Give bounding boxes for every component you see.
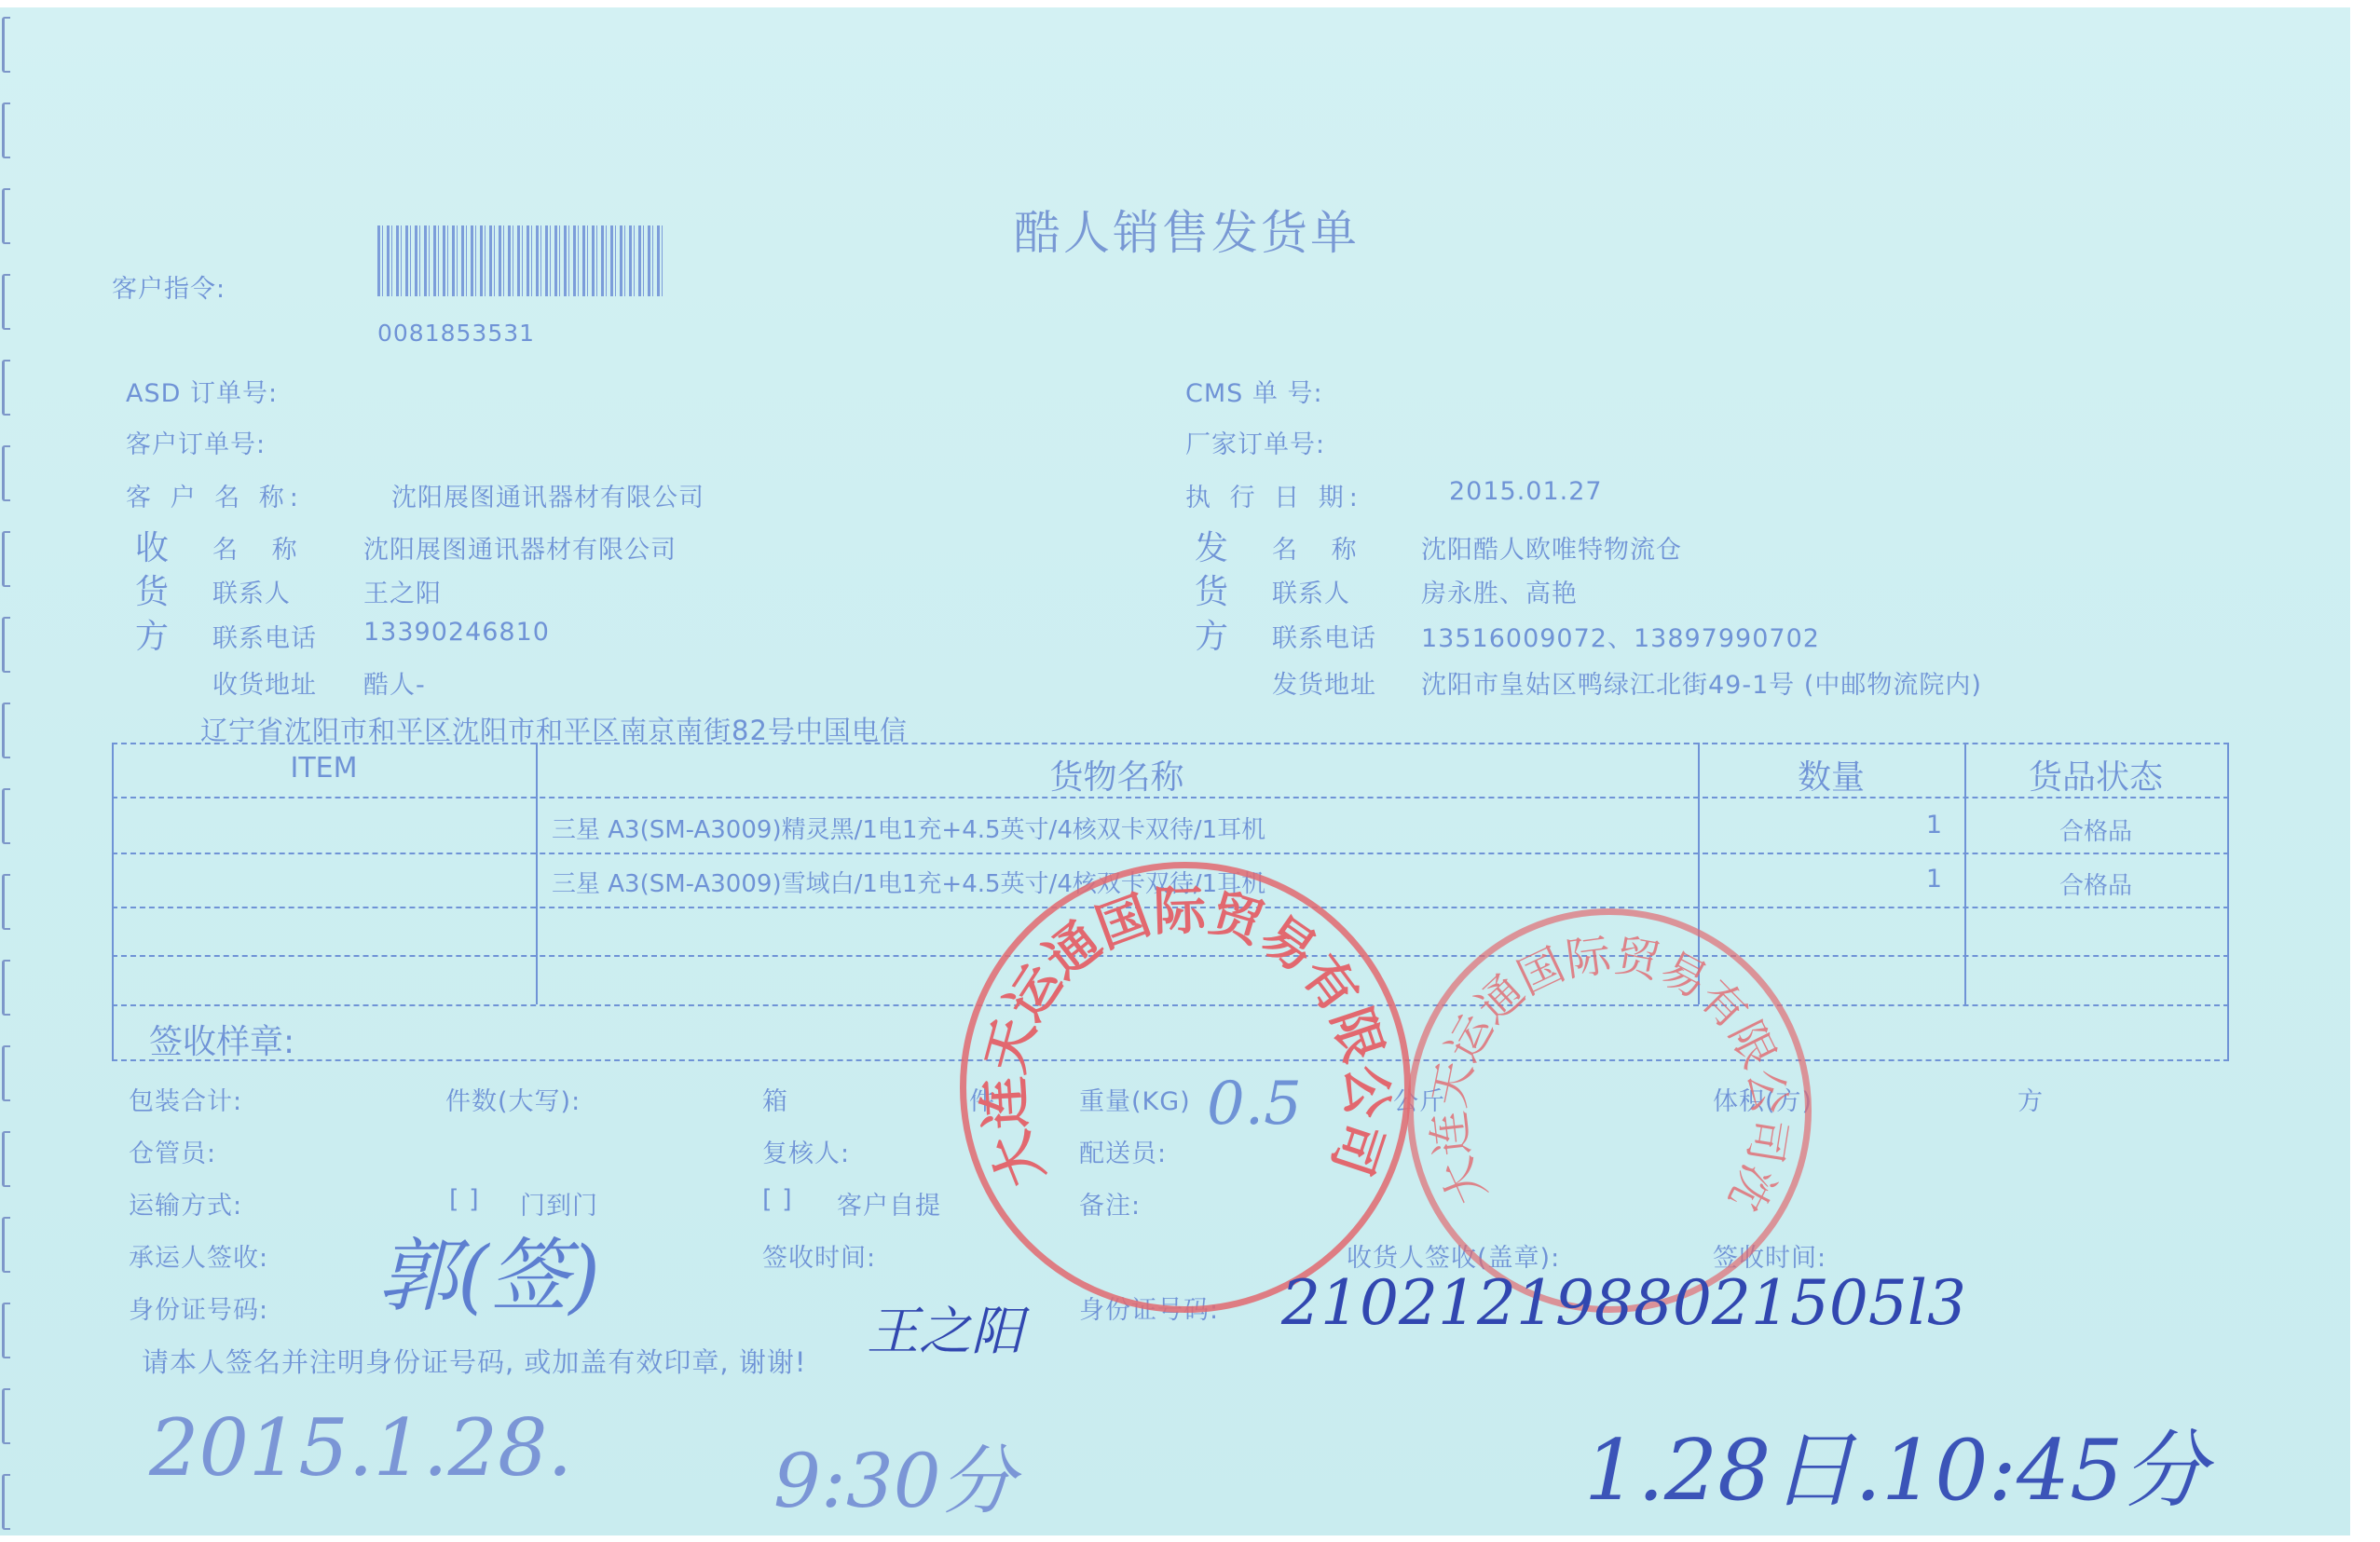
perforation-mark <box>2 1303 10 1358</box>
table-header-item: ITEM <box>112 752 536 785</box>
carrier-signature: 郭(签) <box>377 1211 600 1327</box>
pieces-label: 件数(大写): <box>445 1081 581 1117</box>
row1-status: 合格品 <box>1964 812 2227 847</box>
exec-date-value: 2015.01.27 <box>1449 477 1603 506</box>
barcode <box>377 225 664 296</box>
receiver-phone-value: 13390246810 <box>363 618 550 647</box>
perforation-mark <box>2 703 10 758</box>
perforation-mark <box>2 788 10 844</box>
box-unit: 箱 <box>762 1081 788 1117</box>
customer-name-value: 沈阳展图通讯器材有限公司 <box>391 477 704 513</box>
door-to-door-checkbox[interactable]: [ ] <box>449 1185 480 1214</box>
carrier-id-number-label: 身份证号码: <box>129 1290 268 1326</box>
warehouse-keeper-label: 仓管员: <box>129 1133 216 1169</box>
sender-side-char-2: 货 <box>1195 566 1229 613</box>
sender-phone-label: 联系电话 <box>1272 618 1376 654</box>
perforation-mark <box>2 960 10 1016</box>
row1-goods-name: 三星 A3(SM-A3009)精灵黑/1电1充+4.5英寸/4核双卡双待/1耳机 <box>552 811 1265 845</box>
sender-phone-value: 13516009072、13897990702 <box>1421 618 1820 654</box>
perforation-mark <box>2 188 10 244</box>
self-pickup-label: 客户自提 <box>837 1185 941 1221</box>
customer-order-label: 客户订单号: <box>126 424 266 460</box>
package-total-label: 包装合计: <box>129 1081 242 1117</box>
row2-quantity: 1 <box>1698 865 1942 894</box>
perforation-mark <box>2 617 10 673</box>
company-stamp-2: 大连天运通国际贸易有限公司沈阳分公司 <box>1407 908 1812 1313</box>
handwritten-weight: 0.5 <box>1207 1070 1302 1139</box>
svg-text:大连天运通国际贸易有限公司沈阳分公司: 大连天运通国际贸易有限公司沈阳分公司 <box>940 821 1396 1194</box>
sender-name-value: 沈阳酷人欧唯特物流仓 <box>1421 529 1682 566</box>
company-stamp-1: 大连天运通国际贸易有限公司沈阳分公司 <box>960 862 1411 1313</box>
perforation-mark <box>2 445 10 501</box>
receiver-side-char-1: 收 <box>135 522 170 569</box>
volume-unit: 方 <box>2018 1081 2044 1117</box>
row2-status: 合格品 <box>1964 867 2227 901</box>
transport-method-label: 运输方式: <box>129 1185 242 1221</box>
receiver-contact-value: 王之阳 <box>363 573 442 609</box>
table-row-divider <box>112 853 2229 854</box>
perforation-mark <box>2 1045 10 1101</box>
table-header-quantity: 数量 <box>1698 751 1964 798</box>
asd-order-label: ASD 订单号: <box>126 373 278 409</box>
perforation-mark <box>2 1474 10 1530</box>
customer-name-label: 客 户 名 称: <box>126 477 304 513</box>
carrier-sign-time: 9:30分 <box>773 1421 1016 1528</box>
sender-address-label: 发货地址 <box>1272 664 1376 701</box>
table-header-status: 货品状态 <box>1964 751 2227 798</box>
carrier-sign-time-label: 签收时间: <box>762 1237 876 1274</box>
self-pickup-checkbox[interactable]: [ ] <box>762 1185 793 1214</box>
sender-name-label: 名 称 <box>1272 529 1370 566</box>
perforation-mark <box>2 1131 10 1187</box>
perforation-mark <box>2 274 10 330</box>
perforation-mark <box>2 17 10 73</box>
perforation-mark <box>2 1388 10 1444</box>
receiver-name-value: 沈阳展图通讯器材有限公司 <box>363 529 677 566</box>
carrier-sign-label: 承运人签收: <box>129 1237 268 1274</box>
table-border-top <box>112 743 2229 744</box>
receiver-side-char-2: 货 <box>135 566 170 613</box>
table-border-right <box>2227 743 2229 1059</box>
sender-side-char-1: 发 <box>1195 522 1229 569</box>
barcode-number: 0081853531 <box>377 320 535 347</box>
svg-text:大连天运通国际贸易有限公司沈阳分公司: 大连天运通国际贸易有限公司沈阳分公司 <box>1391 874 1796 1220</box>
table-header-goods-name: 货物名称 <box>536 751 1698 798</box>
perforation-mark <box>2 102 10 158</box>
sign-stamp-label: 签收样章: <box>149 1016 294 1063</box>
receiver-name-label: 名 称 <box>212 529 310 566</box>
sender-contact-label: 联系人 <box>1272 573 1350 609</box>
customer-instruction-label: 客户指令: <box>112 268 226 305</box>
receiver-sign-date-time: 1.28日.10:45分 <box>1584 1402 2207 1523</box>
document-title: 酷人销售发货单 <box>1014 196 1360 263</box>
cms-number-label: CMS 单 号: <box>1185 373 1323 409</box>
perforation-mark <box>2 874 10 930</box>
table-border-left <box>112 743 114 1059</box>
sender-contact-value: 房永胜、高艳 <box>1421 573 1578 609</box>
receiver-contact-label: 联系人 <box>212 573 291 609</box>
receiver-id-number: 2102121988021505l3 <box>1281 1267 1966 1339</box>
sender-address-value: 沈阳市皇姑区鸭绿江北街49-1号 (中邮物流院内) <box>1421 664 1982 701</box>
exec-date-label: 执 行 日 期: <box>1185 477 1363 513</box>
factory-order-label: 厂家订单号: <box>1185 424 1325 460</box>
reviewer-label: 复核人: <box>762 1133 850 1169</box>
carrier-sign-date: 2015.1.28. <box>149 1402 572 1494</box>
stamp-text-ring: 大连天运通国际贸易有限公司沈阳分公司 <box>1414 915 1805 1306</box>
receiver-phone-label: 联系电话 <box>212 618 317 654</box>
receiver-side-char-3: 方 <box>135 610 170 658</box>
signature-notice: 请本人签名并注明身份证号码, 或加盖有效印章, 谢谢! <box>142 1342 807 1380</box>
perforation-mark <box>2 360 10 416</box>
stamp-text-ring: 大连天运通国际贸易有限公司沈阳分公司 <box>966 868 1404 1306</box>
row1-quantity: 1 <box>1698 811 1942 839</box>
receiver-address-label: 收货地址 <box>212 664 317 701</box>
perforation-mark <box>2 1217 10 1273</box>
perforation-mark <box>2 531 10 587</box>
receiver-address-value: 酷人- <box>363 664 426 701</box>
sender-side-char-3: 方 <box>1195 610 1229 658</box>
receiver-signature: 王之阳 <box>867 1290 1023 1365</box>
